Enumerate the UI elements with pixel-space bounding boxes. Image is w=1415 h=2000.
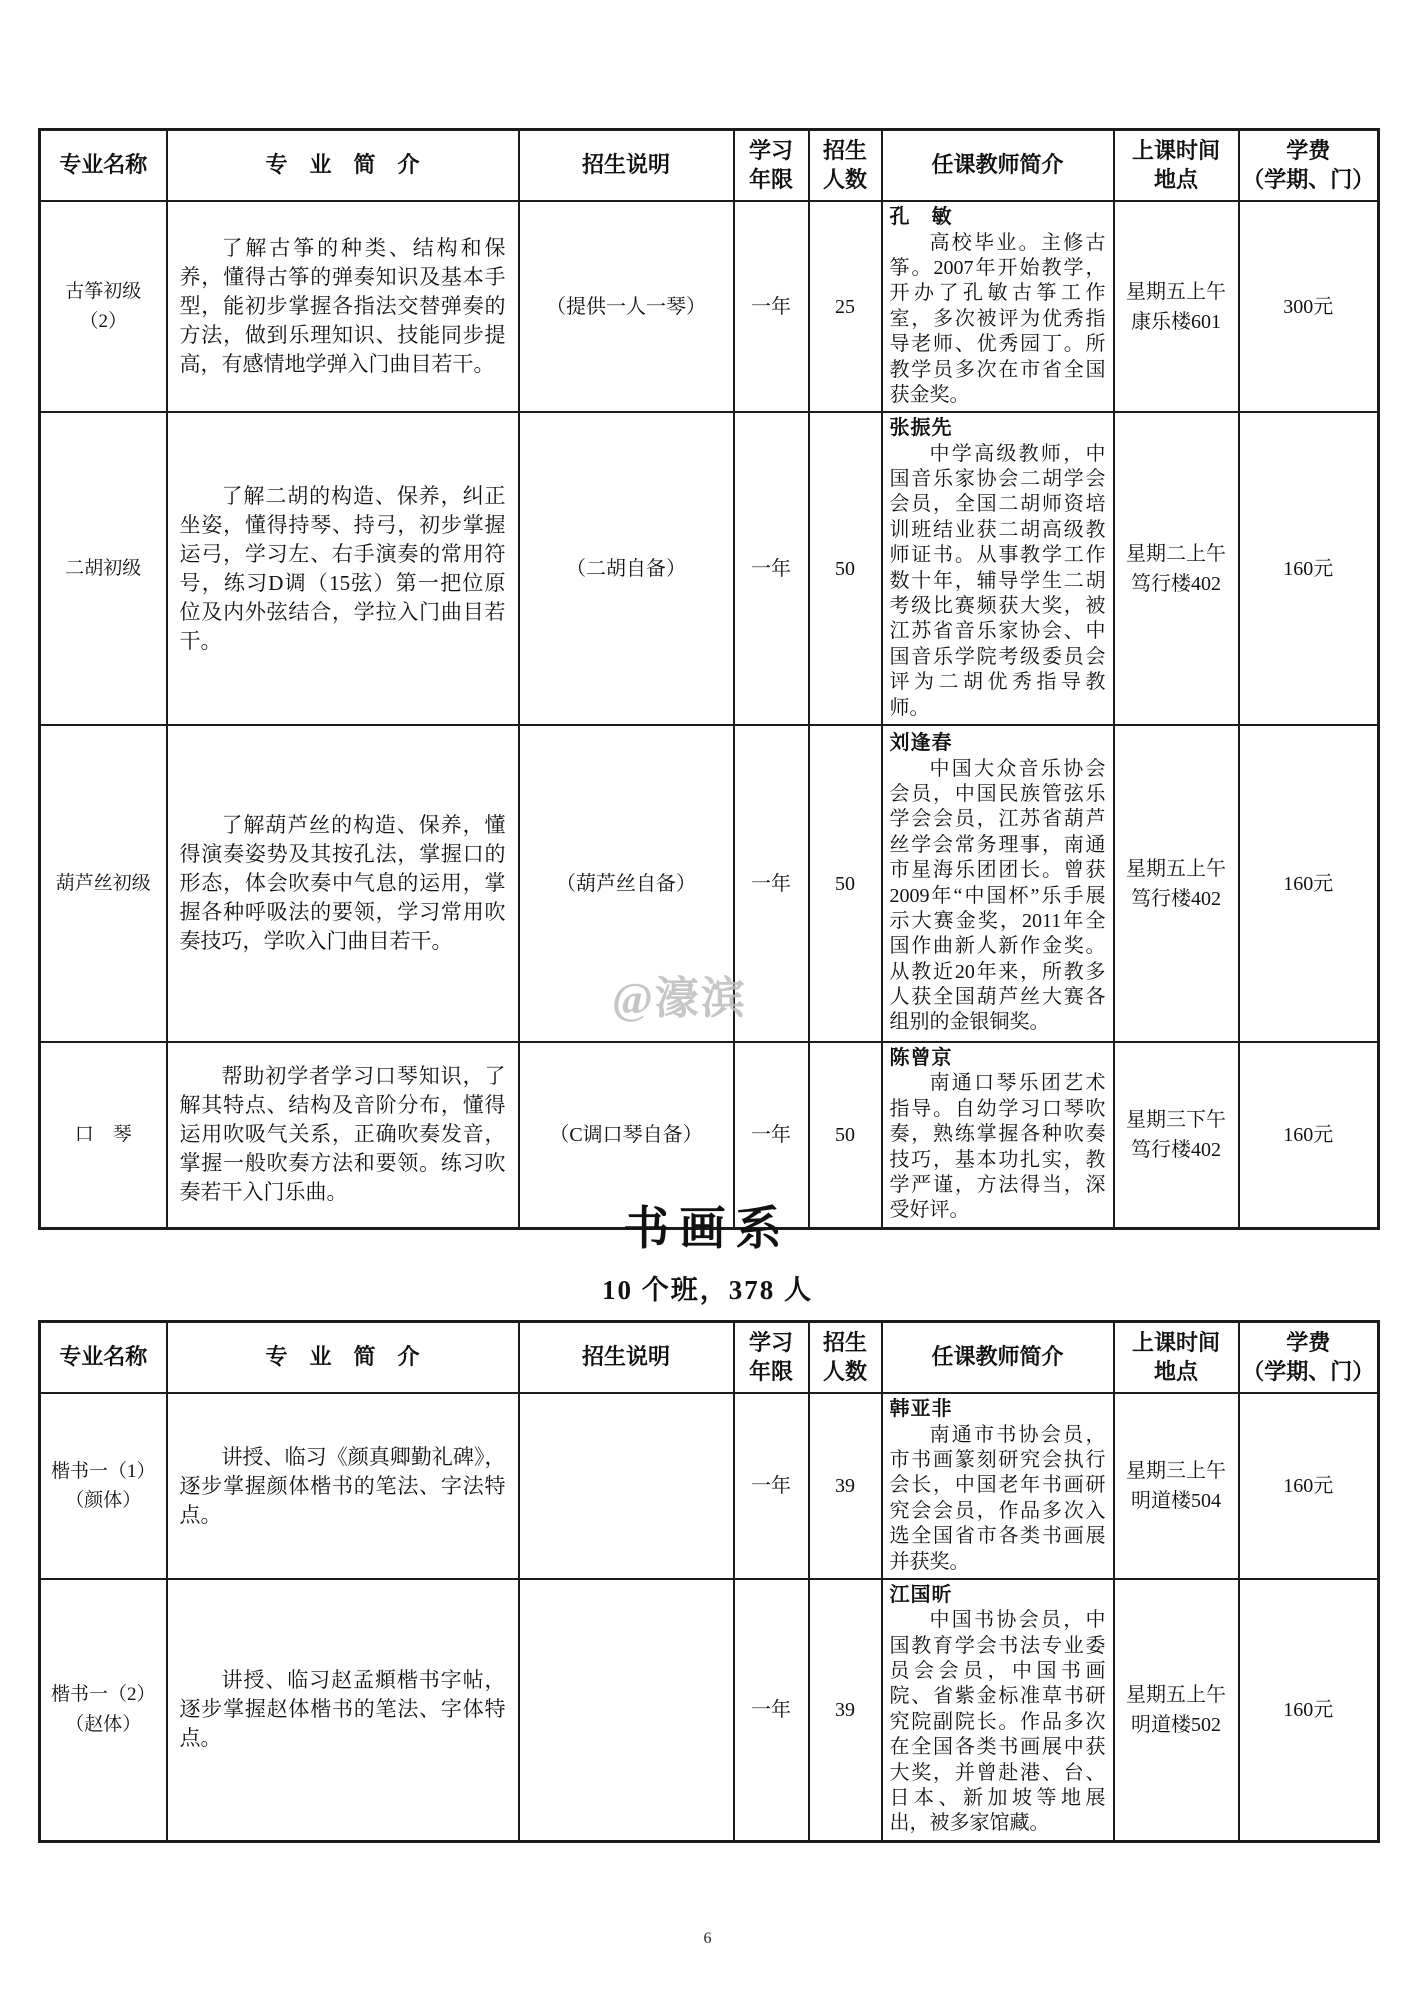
course-intro: 了解二胡的构造、保养，纠正坐姿，懂得持琴、持弓，初步掌握运弓，学习左、右手演奏的… (167, 412, 519, 725)
class-schedule: 星期三上午 明道楼504 (1114, 1393, 1239, 1579)
col-header-teacher: 任课教师简介 (882, 130, 1114, 202)
teacher-bio: 南通市书协会员，市书画篆刻研究会执行会长，中国老年书画研究会会员，作品多次入选全… (890, 1423, 1106, 1575)
header-line: 人数 (812, 166, 879, 195)
admission-note: （二胡自备） (519, 412, 734, 725)
col-header-duration: 学习 年限 (734, 130, 809, 202)
teacher-intro: 刘逢春 中国大众音乐协会会员，中国民族管弦乐学会会员，江苏省葫芦丝学会常务理事，… (882, 725, 1114, 1042)
col-header-enrollment: 招生 人数 (809, 130, 882, 202)
col-header-admission: 招生说明 (519, 1322, 734, 1394)
enrollment-count: 39 (809, 1393, 882, 1579)
table-row: 楷书一（2） （赵体） 讲授、临习赵孟頫楷书字帖，逐步掌握赵体楷书的笔法、字体特… (40, 1579, 1379, 1841)
header-line: 年限 (737, 1358, 806, 1387)
header-line: 学习 (737, 1329, 806, 1358)
header-line: 学费 (1242, 137, 1376, 166)
header-line: 学习 (737, 137, 806, 166)
course-name: 葫芦丝初级 (40, 725, 167, 1042)
enrollment-count: 50 (809, 412, 882, 725)
enrollment-count: 50 (809, 725, 882, 1042)
col-header-intro: 专 业 简 介 (167, 130, 519, 202)
course-name: 楷书一（2） （赵体） (40, 1579, 167, 1841)
tuition-fee: 160元 (1239, 412, 1379, 725)
schedule-time: 星期五上午 (1121, 277, 1232, 307)
class-schedule: 星期五上午 笃行楼402 (1114, 725, 1239, 1042)
header-line: 地点 (1117, 1358, 1236, 1387)
col-header-enrollment: 招生 人数 (809, 1322, 882, 1394)
study-duration: 一年 (734, 1393, 809, 1579)
table-row: 二胡初级 了解二胡的构造、保养，纠正坐姿，懂得持琴、持弓，初步掌握运弓，学习左、… (40, 412, 1379, 725)
intro-paragraph: 讲授、临习赵孟頫楷书字帖，逐步掌握赵体楷书的笔法、字体特点。 (180, 1666, 506, 1753)
teacher-name: 韩亚非 (890, 1397, 1106, 1422)
course-intro: 了解古筝的种类、结构和保养，懂得古筝的弹奏知识及基本手型，能初步掌握各指法交替弹… (167, 201, 519, 412)
class-schedule: 星期五上午 明道楼502 (1114, 1579, 1239, 1841)
teacher-bio: 中国大众音乐协会会员，中国民族管弦乐学会会员，江苏省葫芦丝学会常务理事，南通市星… (890, 757, 1106, 1036)
schedule-location: 笃行楼402 (1121, 569, 1232, 599)
col-header-schedule: 上课时间 地点 (1114, 1322, 1239, 1394)
course-name: 古筝初级（2） (40, 201, 167, 412)
course-name-line: 楷书一（1） (47, 1457, 160, 1486)
course-intro: 了解葫芦丝的构造、保养，懂得演奏姿势及其按孔法，掌握口的形态，体会吹奏中气息的运… (167, 725, 519, 1042)
intro-paragraph: 帮助初学者学习口琴知识，了解其特点、结构及音阶分布，懂得运用吹吸气关系，正确吹奏… (180, 1062, 506, 1207)
table-header-row: 专业名称 专 业 简 介 招生说明 学习 年限 招生 人数 任课教师简介 上课时… (40, 130, 1379, 202)
table-header-row: 专业名称 专 业 简 介 招生说明 学习 年限 招生 人数 任课教师简介 上课时… (40, 1322, 1379, 1394)
schedule-location: 明道楼504 (1121, 1486, 1232, 1516)
header-line: 人数 (812, 1358, 879, 1387)
class-schedule: 星期二上午 笃行楼402 (1114, 412, 1239, 725)
teacher-intro: 江国昕 中国书协会员，中国教育学会书法专业委员会会员，中国书画院、省紫金标准草书… (882, 1579, 1114, 1841)
schedule-location: 明道楼502 (1121, 1710, 1232, 1740)
admission-note: （提供一人一琴） (519, 201, 734, 412)
section-subtitle: 10 个班，378 人 (0, 1268, 1415, 1307)
schedule-location: 康乐楼601 (1121, 307, 1232, 337)
study-duration: 一年 (734, 725, 809, 1042)
header-line: 招生 (812, 137, 879, 166)
study-duration: 一年 (734, 412, 809, 725)
teacher-bio: 中国书协会员，中国教育学会书法专业委员会会员，中国书画院、省紫金标准草书研究院副… (890, 1608, 1106, 1837)
col-header-duration: 学习 年限 (734, 1322, 809, 1394)
course-intro: 讲授、临习《颜真卿勤礼碑》，逐步掌握颜体楷书的笔法、字法特点。 (167, 1393, 519, 1579)
header-line: 招生 (812, 1329, 879, 1358)
col-header-admission: 招生说明 (519, 130, 734, 202)
table-row: 楷书一（1） （颜体） 讲授、临习《颜真卿勤礼碑》，逐步掌握颜体楷书的笔法、字法… (40, 1393, 1379, 1579)
course-name-line: 楷书一（2） (47, 1680, 160, 1709)
schedule-time: 星期五上午 (1121, 854, 1232, 884)
page-number: 6 (0, 1930, 1415, 1948)
tuition-fee: 160元 (1239, 1393, 1379, 1579)
header-line: 学费 (1242, 1329, 1376, 1358)
course-name: 二胡初级 (40, 412, 167, 725)
course-name-line: （颜体） (47, 1486, 160, 1515)
course-intro: 讲授、临习赵孟頫楷书字帖，逐步掌握赵体楷书的笔法、字体特点。 (167, 1579, 519, 1841)
course-name: 楷书一（1） （颜体） (40, 1393, 167, 1579)
teacher-intro: 张振先 中学高级教师，中国音乐家协会二胡学会会员，全国二胡师资培训班结业获二胡高… (882, 412, 1114, 725)
schedule-time: 星期五上午 (1121, 1680, 1232, 1710)
teacher-name: 张振先 (890, 416, 1106, 441)
col-header-name: 专业名称 (40, 130, 167, 202)
teacher-name: 刘逢春 (890, 731, 1106, 756)
col-header-name: 专业名称 (40, 1322, 167, 1394)
col-header-tuition: 学费 （学期、门） (1239, 1322, 1379, 1394)
study-duration: 一年 (734, 1579, 809, 1841)
section-title: 书画系 (0, 1192, 1415, 1258)
schedule-location: 笃行楼402 (1121, 1135, 1232, 1165)
teacher-name: 江国昕 (890, 1583, 1106, 1608)
teacher-bio: 中学高级教师，中国音乐家协会二胡学会会员，全国二胡师资培训班结业获二胡高级教师证… (890, 442, 1106, 721)
intro-paragraph: 了解古筝的种类、结构和保养，懂得古筝的弹奏知识及基本手型，能初步掌握各指法交替弹… (180, 234, 506, 379)
teacher-name: 陈曾京 (890, 1046, 1106, 1071)
course-name-line: （赵体） (47, 1710, 160, 1739)
header-line: （学期、门） (1242, 1358, 1376, 1387)
header-line: 上课时间 (1117, 1329, 1236, 1358)
schedule-time: 星期二上午 (1121, 539, 1232, 569)
teacher-bio: 高校毕业。主修古筝。2007年开始教学，开办了孔敏古筝工作室，多次被评为优秀指导… (890, 231, 1106, 409)
col-header-schedule: 上课时间 地点 (1114, 130, 1239, 202)
intro-paragraph: 了解二胡的构造、保养，纠正坐姿，懂得持琴、持弓，初步掌握运弓，学习左、右手演奏的… (180, 482, 506, 656)
col-header-teacher: 任课教师简介 (882, 1322, 1114, 1394)
admission-note: （葫芦丝自备） (519, 725, 734, 1042)
intro-paragraph: 讲授、临习《颜真卿勤礼碑》，逐步掌握颜体楷书的笔法、字法特点。 (180, 1443, 506, 1530)
teacher-name: 孔 敏 (890, 205, 1106, 230)
schedule-time: 星期三下午 (1121, 1105, 1232, 1135)
study-duration: 一年 (734, 201, 809, 412)
intro-paragraph: 了解葫芦丝的构造、保养，懂得演奏姿势及其按孔法，掌握口的形态，体会吹奏中气息的运… (180, 811, 506, 956)
admission-note (519, 1579, 734, 1841)
schedule-time: 星期三上午 (1121, 1456, 1232, 1486)
header-line: 上课时间 (1117, 137, 1236, 166)
header-line: （学期、门） (1242, 166, 1376, 195)
table-row: 葫芦丝初级 了解葫芦丝的构造、保养，懂得演奏姿势及其按孔法，掌握口的形态，体会吹… (40, 725, 1379, 1042)
admission-note (519, 1393, 734, 1579)
music-course-table: 专业名称 专 业 简 介 招生说明 学习 年限 招生 人数 任课教师简介 上课时… (38, 128, 1380, 1230)
document-page: 专业名称 专 业 简 介 招生说明 学习 年限 招生 人数 任课教师简介 上课时… (0, 0, 1415, 2000)
tuition-fee: 160元 (1239, 1579, 1379, 1841)
schedule-location: 笃行楼402 (1121, 884, 1232, 914)
teacher-intro: 孔 敏 高校毕业。主修古筝。2007年开始教学，开办了孔敏古筝工作室，多次被评为… (882, 201, 1114, 412)
tuition-fee: 160元 (1239, 725, 1379, 1042)
enrollment-count: 25 (809, 201, 882, 412)
header-line: 地点 (1117, 166, 1236, 195)
calligraphy-course-table: 专业名称 专 业 简 介 招生说明 学习 年限 招生 人数 任课教师简介 上课时… (38, 1320, 1380, 1843)
teacher-intro: 韩亚非 南通市书协会员，市书画篆刻研究会执行会长，中国老年书画研究会会员，作品多… (882, 1393, 1114, 1579)
col-header-intro: 专 业 简 介 (167, 1322, 519, 1394)
tuition-fee: 300元 (1239, 201, 1379, 412)
header-line: 年限 (737, 166, 806, 195)
table-row: 古筝初级（2） 了解古筝的种类、结构和保养，懂得古筝的弹奏知识及基本手型，能初步… (40, 201, 1379, 412)
enrollment-count: 39 (809, 1579, 882, 1841)
class-schedule: 星期五上午 康乐楼601 (1114, 201, 1239, 412)
col-header-tuition: 学费 （学期、门） (1239, 130, 1379, 202)
